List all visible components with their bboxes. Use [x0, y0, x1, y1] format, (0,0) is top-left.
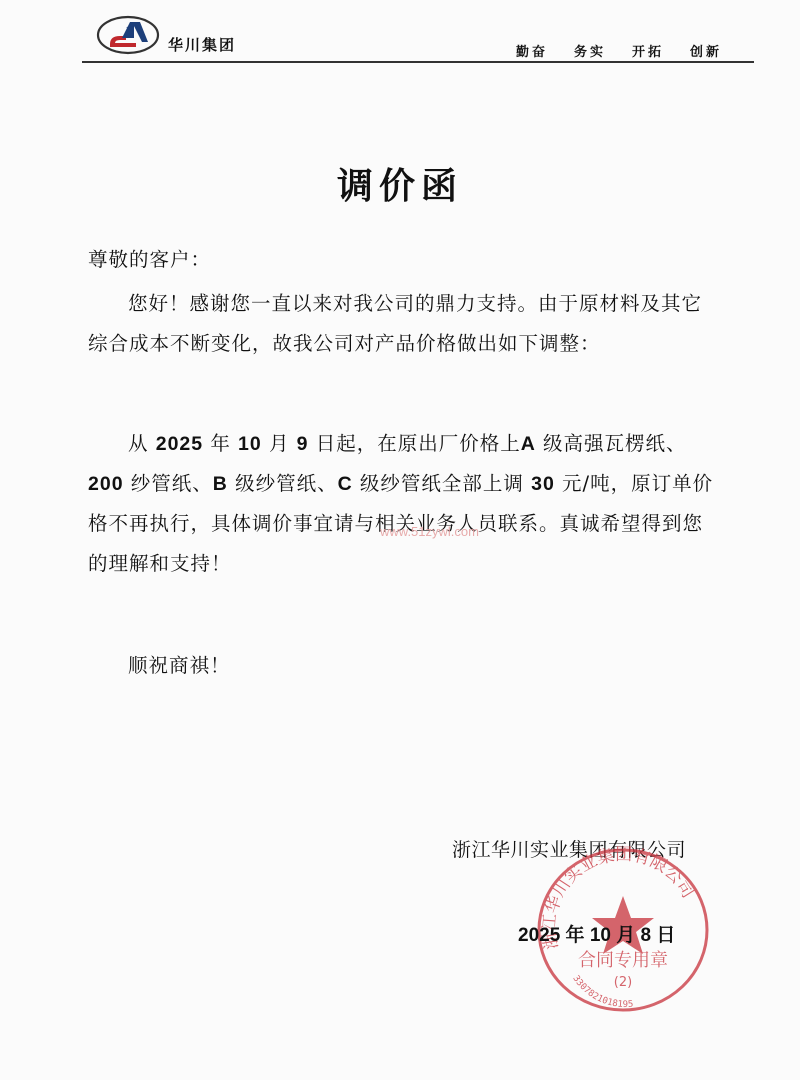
- huachuan-logo-icon: [96, 14, 160, 56]
- motto-pragmatic: 务实: [574, 41, 606, 60]
- watermark: www.51zywl.com: [380, 524, 479, 539]
- closing-greeting: 顺祝商祺！: [128, 650, 231, 678]
- letterhead: 华川集团 勤奋 务实 开拓 创新: [0, 0, 800, 70]
- company-short-name: 华川集团: [168, 34, 236, 55]
- motto-pioneer: 开拓: [632, 41, 664, 60]
- document-date: 2025 年 10 月 8 日: [518, 920, 675, 947]
- seal-center-text: 合同专用章: [578, 950, 668, 971]
- motto-innovate: 创新: [690, 41, 722, 60]
- paragraph-intro: 您好！感谢您一直以来对我公司的鼎力支持。由于原材料及其它综合成本不断变化，故我公…: [88, 284, 718, 364]
- motto-diligent: 勤奋: [516, 41, 548, 60]
- seal-number: (2): [614, 975, 632, 990]
- motto-list: 勤奋 务实 开拓 创新: [516, 41, 722, 60]
- header-divider: [82, 61, 754, 63]
- paragraph-price-adjustment: 从 2025 年 10 月 9 日起，在原出厂价格上A 级高强瓦楞纸、200 纱…: [88, 424, 718, 584]
- document-title: 调价函: [0, 158, 800, 209]
- salutation: 尊敬的客户：: [88, 244, 211, 272]
